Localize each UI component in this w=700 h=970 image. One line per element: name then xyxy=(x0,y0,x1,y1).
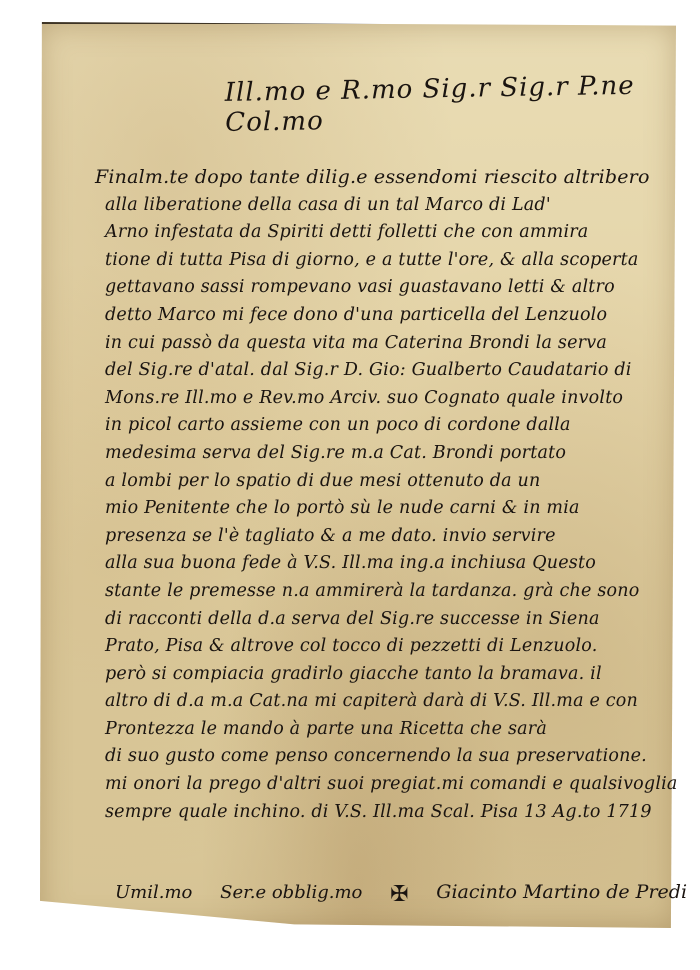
body-line: di racconti della d.a serva del Sig.re s… xyxy=(95,606,675,634)
document-view: Ill.mo e R.mo Sig.r Sig.r P.ne Col.mo Fi… xyxy=(0,0,700,970)
body-line: stante le premesse n.a ammirerà la tarda… xyxy=(95,578,675,606)
body-line: tione di tutta Pisa di giorno, e a tutte… xyxy=(95,247,675,275)
body-line: Finalm.te dopo tante dilig.e essendomi r… xyxy=(95,164,675,192)
body-line: gettavano sassi rompevano vasi guastavan… xyxy=(95,274,675,302)
body-line: detto Marco mi fece dono d'una particell… xyxy=(95,302,675,330)
valediction: Umil.mo xyxy=(115,882,192,903)
body-line: mio Penitente che lo portò sù le nude ca… xyxy=(95,495,675,523)
body-line: del Sig.re d'atal. dal Sig.r D. Gio: Gua… xyxy=(95,357,675,385)
signature: Giacinto Martino de Predi xyxy=(436,881,687,903)
body-line: in cui passò da questa vita ma Caterina … xyxy=(95,330,675,358)
letter: Ill.mo e R.mo Sig.r Sig.r P.ne Col.mo Fi… xyxy=(40,22,676,926)
body-line: alla liberatione della casa di un tal Ma… xyxy=(95,192,675,220)
body-line: sempre quale inchino. di V.S. Ill.ma Sca… xyxy=(95,799,675,827)
body-line: a lombi per lo spatio di due mesi ottenu… xyxy=(95,468,675,496)
body-line: medesima serva del Sig.re m.a Cat. Brond… xyxy=(95,440,675,468)
body-line: Prato, Pisa & altrove col tocco di pezze… xyxy=(95,633,675,661)
closing: Umil.mo Ser.e obblig.mo ✠ Giacinto Marti… xyxy=(115,879,700,904)
cross-mark-icon: ✠ xyxy=(390,882,408,907)
body-line: altro di d.a m.a Cat.na mi capiterà darà… xyxy=(95,688,675,716)
body-line: presenza se l'è tagliato & a me dato. in… xyxy=(95,523,675,551)
servant-formula: Ser.e obblig.mo xyxy=(220,882,362,903)
salutation: Ill.mo e R.mo Sig.r Sig.r P.ne Col.mo xyxy=(225,70,677,138)
body-line: mi onori la prego d'altri suoi pregiat.m… xyxy=(95,771,675,799)
body-line: di suo gusto come penso concernendo la s… xyxy=(95,743,675,771)
body-line: Mons.re Ill.mo e Rev.mo Arciv. suo Cogna… xyxy=(95,385,675,413)
body-line: Arno infestata da Spiriti detti folletti… xyxy=(95,219,675,247)
body-line: in picol carto assieme con un poco di co… xyxy=(95,412,675,440)
body-line: però si compiacia gradirlo giacche tanto… xyxy=(95,661,675,689)
body-line: alla sua buona fede à V.S. Ill.ma ing.a … xyxy=(95,550,675,578)
letter-body: Finalm.te dopo tante dilig.e essendomi r… xyxy=(95,164,675,826)
body-line: Prontezza le mando à parte una Ricetta c… xyxy=(95,716,675,744)
